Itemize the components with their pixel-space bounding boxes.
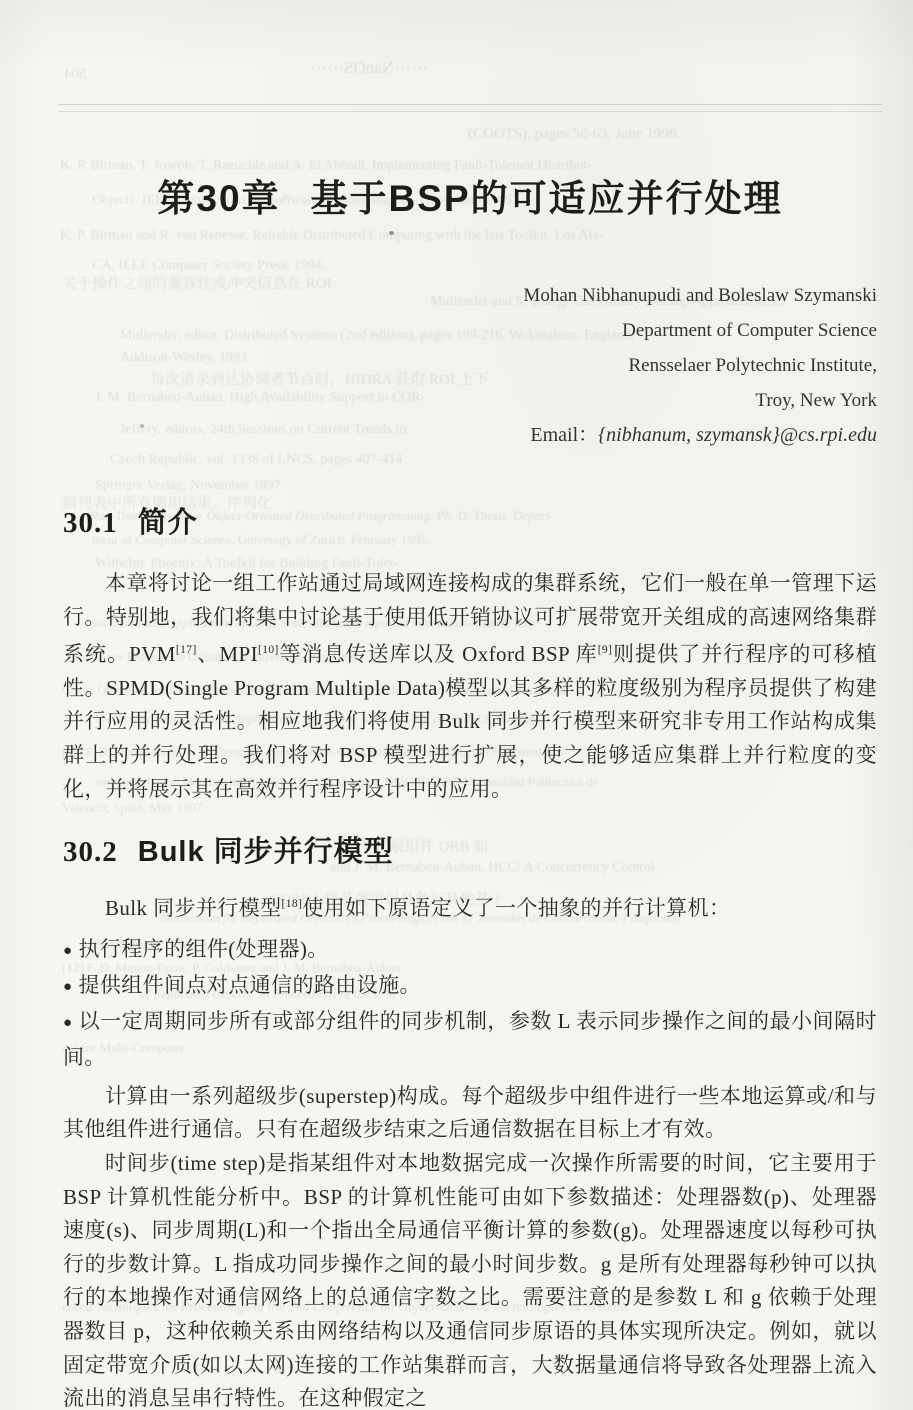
citation-superscript: [17]: [176, 644, 197, 656]
author-department: Department of Computer Science: [63, 313, 877, 348]
list-item: ●提供组件间点对点通信的路由设施。: [63, 968, 877, 1004]
paragraph-superstep: 计算由一系列超级步(superstep)构成。每个超级步中组件进行一些本地运算或…: [63, 1080, 877, 1147]
section-title: 简介: [138, 507, 198, 539]
author-block: Mohan Nibhanupudi and Boleslaw Szymanski…: [63, 278, 877, 453]
chapter-heading: 第30章基于BSP的可适应并行处理: [63, 176, 877, 222]
list-item-text: 以一定周期同步所有或部分组件的同步机制，参数 L 表示同步操作之间的最小间隔时间…: [63, 1009, 877, 1069]
email-label: Email：: [530, 424, 598, 446]
section-heading-30-1: 30.1简介: [63, 503, 877, 543]
paragraph-timestep: 时间步(time step)是指某组件对本地数据完成一次操作所需要的时间，它主要…: [63, 1147, 877, 1410]
bullet-icon: ●: [63, 943, 72, 959]
list-item: ●执行程序的组件(处理器)。: [63, 932, 877, 968]
author-names: Mohan Nibhanupudi and Boleslaw Szymanski: [63, 278, 877, 313]
list-item-text: 提供组件间点对点通信的路由设施。: [78, 973, 420, 997]
email-address: {nibhanum, szymansk}@cs.rpi.edu: [598, 424, 877, 446]
scanned-book-page: ⋯⋯NanOS⋯⋯504(COOTS), pages 56-63, June 1…: [0, 0, 913, 1410]
paragraph-intro: 本章将讨论一组工作站通过局域网连接构成的集群系统，它们一般在单一管理下运行。特别…: [63, 567, 877, 806]
section-number: 30.2: [63, 836, 118, 868]
chapter-title: 基于BSP的可适应并行处理: [311, 178, 783, 219]
list-item: ●以一定周期同步所有或部分组件的同步机制，参数 L 表示同步操作之间的最小间隔时…: [63, 1004, 877, 1074]
section-number: 30.1: [63, 507, 118, 539]
section-heading-30-2: 30.2Bulk 同步并行模型: [63, 832, 877, 872]
author-institute: Rensselaer Polytechnic Institute,: [63, 348, 877, 383]
author-email-line: Email：{nibhanum, szymansk}@cs.rpi.edu: [63, 418, 877, 453]
page-content: 第30章基于BSP的可适应并行处理 Mohan Nibhanupudi and …: [0, 0, 913, 1410]
citation-superscript: [9]: [598, 644, 613, 656]
bullet-icon: ●: [63, 1015, 73, 1031]
citation-superscript: [10]: [258, 644, 279, 656]
bsp-primitive-list: ●执行程序的组件(处理器)。 ●提供组件间点对点通信的路由设施。 ●以一定周期同…: [63, 932, 877, 1074]
bullet-icon: ●: [63, 979, 72, 995]
citation-superscript: [18]: [282, 898, 303, 910]
list-item-text: 执行程序的组件(处理器)。: [78, 937, 328, 961]
chapter-number: 第30章: [157, 178, 280, 219]
paragraph-bsp-definition: Bulk 同步并行模型[18]使用如下原语定义了一个抽象的并行计算机：: [63, 888, 877, 926]
author-city: Troy, New York: [63, 383, 877, 418]
ink-speck: [140, 424, 144, 428]
section-title: Bulk 同步并行模型: [138, 836, 394, 868]
ink-speck: [389, 231, 394, 235]
